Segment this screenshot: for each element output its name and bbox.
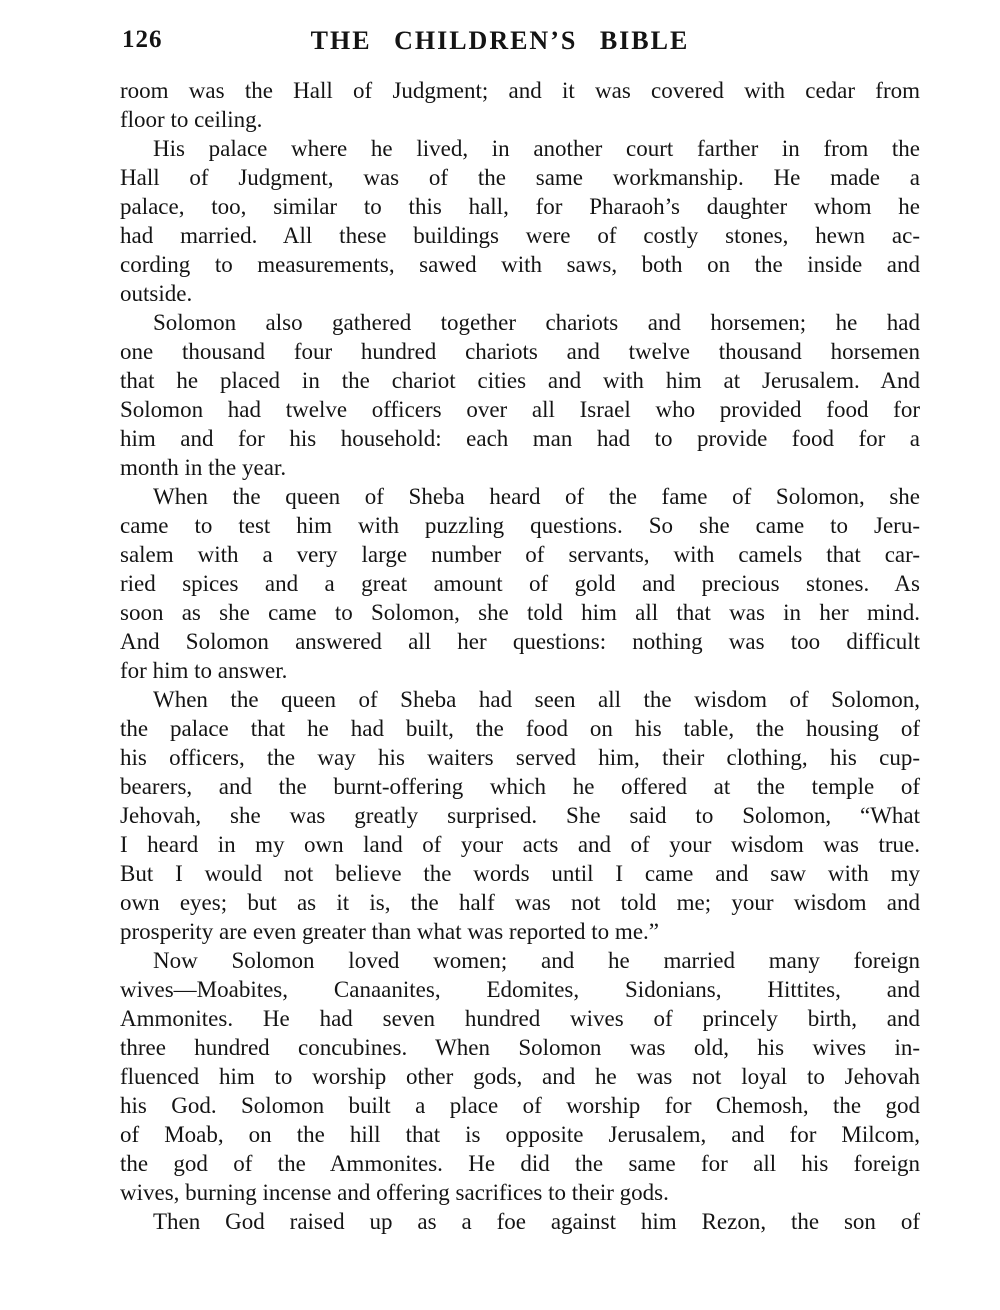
text-line: his officers, the way his waiters served… [120, 743, 920, 772]
text-line: salem with a very large number of servan… [120, 540, 920, 569]
text-line: bearers, and the burnt-offering which he… [120, 772, 920, 801]
text-block: room was the Hall of Judgment; and it wa… [120, 76, 920, 1236]
page-header-title: THE CHILDREN’S BIBLE [0, 26, 1000, 56]
text-line: had married. All these buildings were of… [120, 221, 920, 250]
text-line: Hall of Judgment, was of the same workma… [120, 163, 920, 192]
text-line: for him to answer. [120, 656, 920, 685]
text-line: the palace that he had built, the food o… [120, 714, 920, 743]
text-line: of Moab, on the hill that is opposite Je… [120, 1120, 920, 1149]
text-line: wives—Moabites, Canaanites, Edomites, Si… [120, 975, 920, 1004]
text-line: His palace where he lived, in another co… [120, 134, 920, 163]
text-line: Solomon had twelve officers over all Isr… [120, 395, 920, 424]
text-line: came to test him with puzzling questions… [120, 511, 920, 540]
paragraph: When the queen of Sheba heard of the fam… [120, 482, 920, 685]
text-line: Then God raised up as a foe against him … [120, 1207, 920, 1236]
text-line: ried spices and a great amount of gold a… [120, 569, 920, 598]
text-line: palace, too, similar to this hall, for P… [120, 192, 920, 221]
text-line: his God. Solomon built a place of worshi… [120, 1091, 920, 1120]
text-line: one thousand four hundred chariots and t… [120, 337, 920, 366]
text-line: own eyes; but as it is, the half was not… [120, 888, 920, 917]
text-line: room was the Hall of Judgment; and it wa… [120, 76, 920, 105]
text-line: soon as she came to Solomon, she told hi… [120, 598, 920, 627]
text-line: prosperity are even greater than what wa… [120, 917, 920, 946]
text-line: the god of the Ammonites. He did the sam… [120, 1149, 920, 1178]
paragraph: When the queen of Sheba had seen all the… [120, 685, 920, 946]
text-line: him and for his household: each man had … [120, 424, 920, 453]
text-line: But I would not believe the words until … [120, 859, 920, 888]
running-header: 126 THE CHILDREN’S BIBLE [0, 26, 1000, 56]
text-line: Jehovah, she was greatly surprised. She … [120, 801, 920, 830]
text-line: fluenced him to worship other gods, and … [120, 1062, 920, 1091]
text-line: I heard in my own land of your acts and … [120, 830, 920, 859]
text-line: outside. [120, 279, 920, 308]
text-line: month in the year. [120, 453, 920, 482]
text-line: that he placed in the chariot cities and… [120, 366, 920, 395]
text-line: Solomon also gathered together chariots … [120, 308, 920, 337]
book-page: 126 THE CHILDREN’S BIBLE room was the Ha… [0, 0, 1000, 1310]
paragraph: Now Solomon loved women; and he married … [120, 946, 920, 1207]
paragraph: His palace where he lived, in another co… [120, 134, 920, 308]
text-line: And Solomon answered all her questions: … [120, 627, 920, 656]
text-line: wives, burning incense and offering sacr… [120, 1178, 920, 1207]
text-line: three hundred concubines. When Solomon w… [120, 1033, 920, 1062]
text-line: floor to ceiling. [120, 105, 920, 134]
text-line: When the queen of Sheba heard of the fam… [120, 482, 920, 511]
paragraph: Solomon also gathered together chariots … [120, 308, 920, 482]
text-line: When the queen of Sheba had seen all the… [120, 685, 920, 714]
paragraph: room was the Hall of Judgment; and it wa… [120, 76, 920, 134]
paragraph: Then God raised up as a foe against him … [120, 1207, 920, 1236]
text-line: cording to measurements, sawed with saws… [120, 250, 920, 279]
text-line: Now Solomon loved women; and he married … [120, 946, 920, 975]
text-line: Ammonites. He had seven hundred wives of… [120, 1004, 920, 1033]
